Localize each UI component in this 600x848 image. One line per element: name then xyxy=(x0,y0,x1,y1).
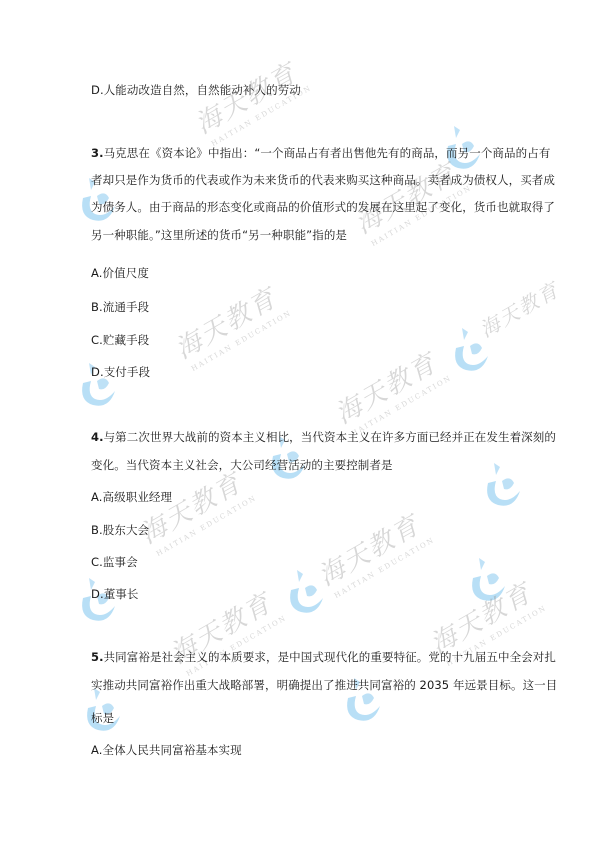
question-text: 马克思在《资本论》中指出：“一个商品占有者出售他先有的商品，而另一个商品的占有 xyxy=(104,146,551,160)
question-5-line-3: 标是 xyxy=(91,711,114,725)
question-4-option-a: A.高级职业经理 xyxy=(91,490,172,504)
question-4-option-c: C.监事会 xyxy=(91,555,138,569)
question-3-option-c: C.贮藏手段 xyxy=(91,333,149,347)
question-4-line-2: 变化。当代资本主义社会，大公司经营活动的主要控制者是 xyxy=(91,458,393,472)
question-number: 5. xyxy=(91,650,104,664)
question-4-line-1: 4.与第二次世界大战前的资本主义相比，当代资本主义在许多方面已经并正在发生着深刻… xyxy=(91,430,556,444)
question-5-line-1: 5.共同富裕是社会主义的本质要求，是中国式现代化的重要特征。党的十九届五中全会对… xyxy=(91,650,556,664)
document-content: D.人能动改造自然，自然能动补人的劳动 3.马克思在《资本论》中指出：“一个商品… xyxy=(0,0,600,848)
question-3-line-2: 者却只是作为货币的代表或作为未来货币的代表来购买这种商品。卖者成为债权人，买者成 xyxy=(91,173,555,187)
question-text: 共同富裕是社会主义的本质要求，是中国式现代化的重要特征。党的十九届五中全会对扎 xyxy=(104,650,556,664)
question-3-option-a: A.价值尺度 xyxy=(91,266,149,280)
question-5-option-a: A.全体人民共同富裕基本实现 xyxy=(91,743,242,757)
question-3-option-d: D.支付手段 xyxy=(91,365,150,379)
question-text: 与第二次世界大战前的资本主义相比，当代资本主义在许多方面已经并正在发生着深刻的 xyxy=(104,430,556,444)
question-3-line-3: 为债务人。由于商品的形态变化或商品的价值形式的发展在这里起了变化，货币也就取得了 xyxy=(91,200,555,214)
question-4-option-d: D.董事长 xyxy=(91,587,139,601)
prev-question-option-d: D.人能动改造自然，自然能动补人的劳动 xyxy=(91,83,301,97)
question-4-option-b: B.股东大会 xyxy=(91,523,149,537)
question-3-line-4: 另一种职能。”这里所述的货币“另一种职能”指的是 xyxy=(91,228,347,242)
question-5-line-2: 实推动共同富裕作出重大战略部署，明确提出了推进共同富裕的 2035 年远景目标。… xyxy=(91,678,557,692)
question-number: 4. xyxy=(91,430,104,444)
question-3-option-b: B.流通手段 xyxy=(91,300,149,314)
question-3-line-1: 3.马克思在《资本论》中指出：“一个商品占有者出售他先有的商品，而另一个商品的占… xyxy=(91,146,550,160)
document-page: 海天教育 HAITIAN EDUCATION 海天教育 HAITIAN EDUC… xyxy=(0,0,600,848)
question-number: 3. xyxy=(91,146,104,160)
